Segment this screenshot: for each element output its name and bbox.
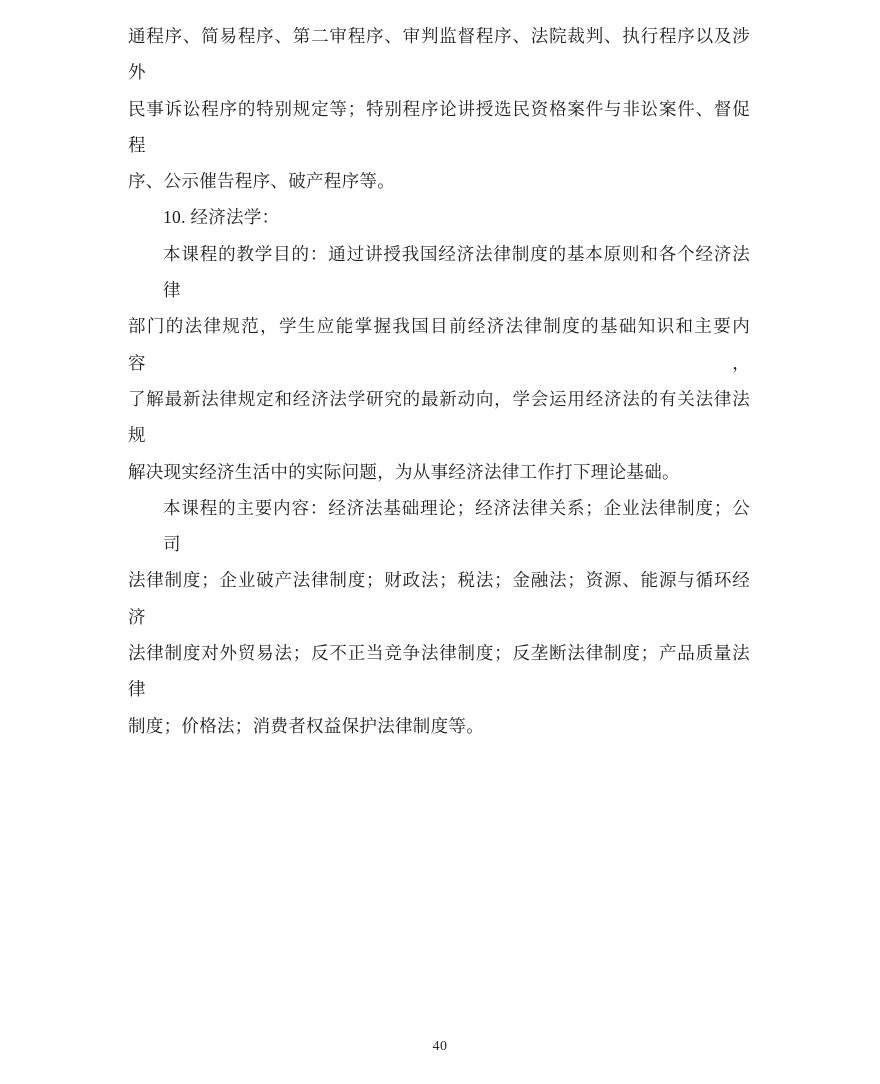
text-line: 本课程的主要内容：经济法基础理论；经济法律关系；企业法律制度；公司 <box>128 490 750 563</box>
text-line: 序、公示催告程序、破产程序等。 <box>128 163 750 199</box>
document-page: 通程序、简易程序、第二审程序、审判监督程序、法院裁判、执行程序以及涉外民事诉讼程… <box>0 0 880 1084</box>
text-line: 制度；价格法；消费者权益保护法律制度等。 <box>128 708 750 744</box>
text-line: 本课程的教学目的：通过讲授我国经济法律制度的基本原则和各个经济法律 <box>128 236 750 309</box>
text-line: 法律制度对外贸易法；反不正当竞争法律制度；反垄断法律制度；产品质量法律 <box>128 635 750 708</box>
text-line: 了解最新法律规定和经济法学研究的最新动向，学会运用经济法的有关法律法规 <box>128 381 750 454</box>
text-line: 法律制度；企业破产法律制度；财政法；税法；金融法；资源、能源与循环经济 <box>128 562 750 635</box>
text-line: 部门的法律规范，学生应能掌握我国目前经济法律制度的基础知识和主要内容， <box>128 308 750 381</box>
text-line: 民事诉讼程序的特别规定等；特别程序论讲授选民资格案件与非讼案件、督促程 <box>128 91 750 164</box>
page-number: 40 <box>0 1038 880 1056</box>
text-block: 通程序、简易程序、第二审程序、审判监督程序、法院裁判、执行程序以及涉外民事诉讼程… <box>128 18 750 744</box>
text-line: 解决现实经济生活中的实际问题，为从事经济法律工作打下理论基础。 <box>128 454 750 490</box>
text-line: 10. 经济法学： <box>128 199 750 235</box>
text-line: 通程序、简易程序、第二审程序、审判监督程序、法院裁判、执行程序以及涉外 <box>128 18 750 91</box>
